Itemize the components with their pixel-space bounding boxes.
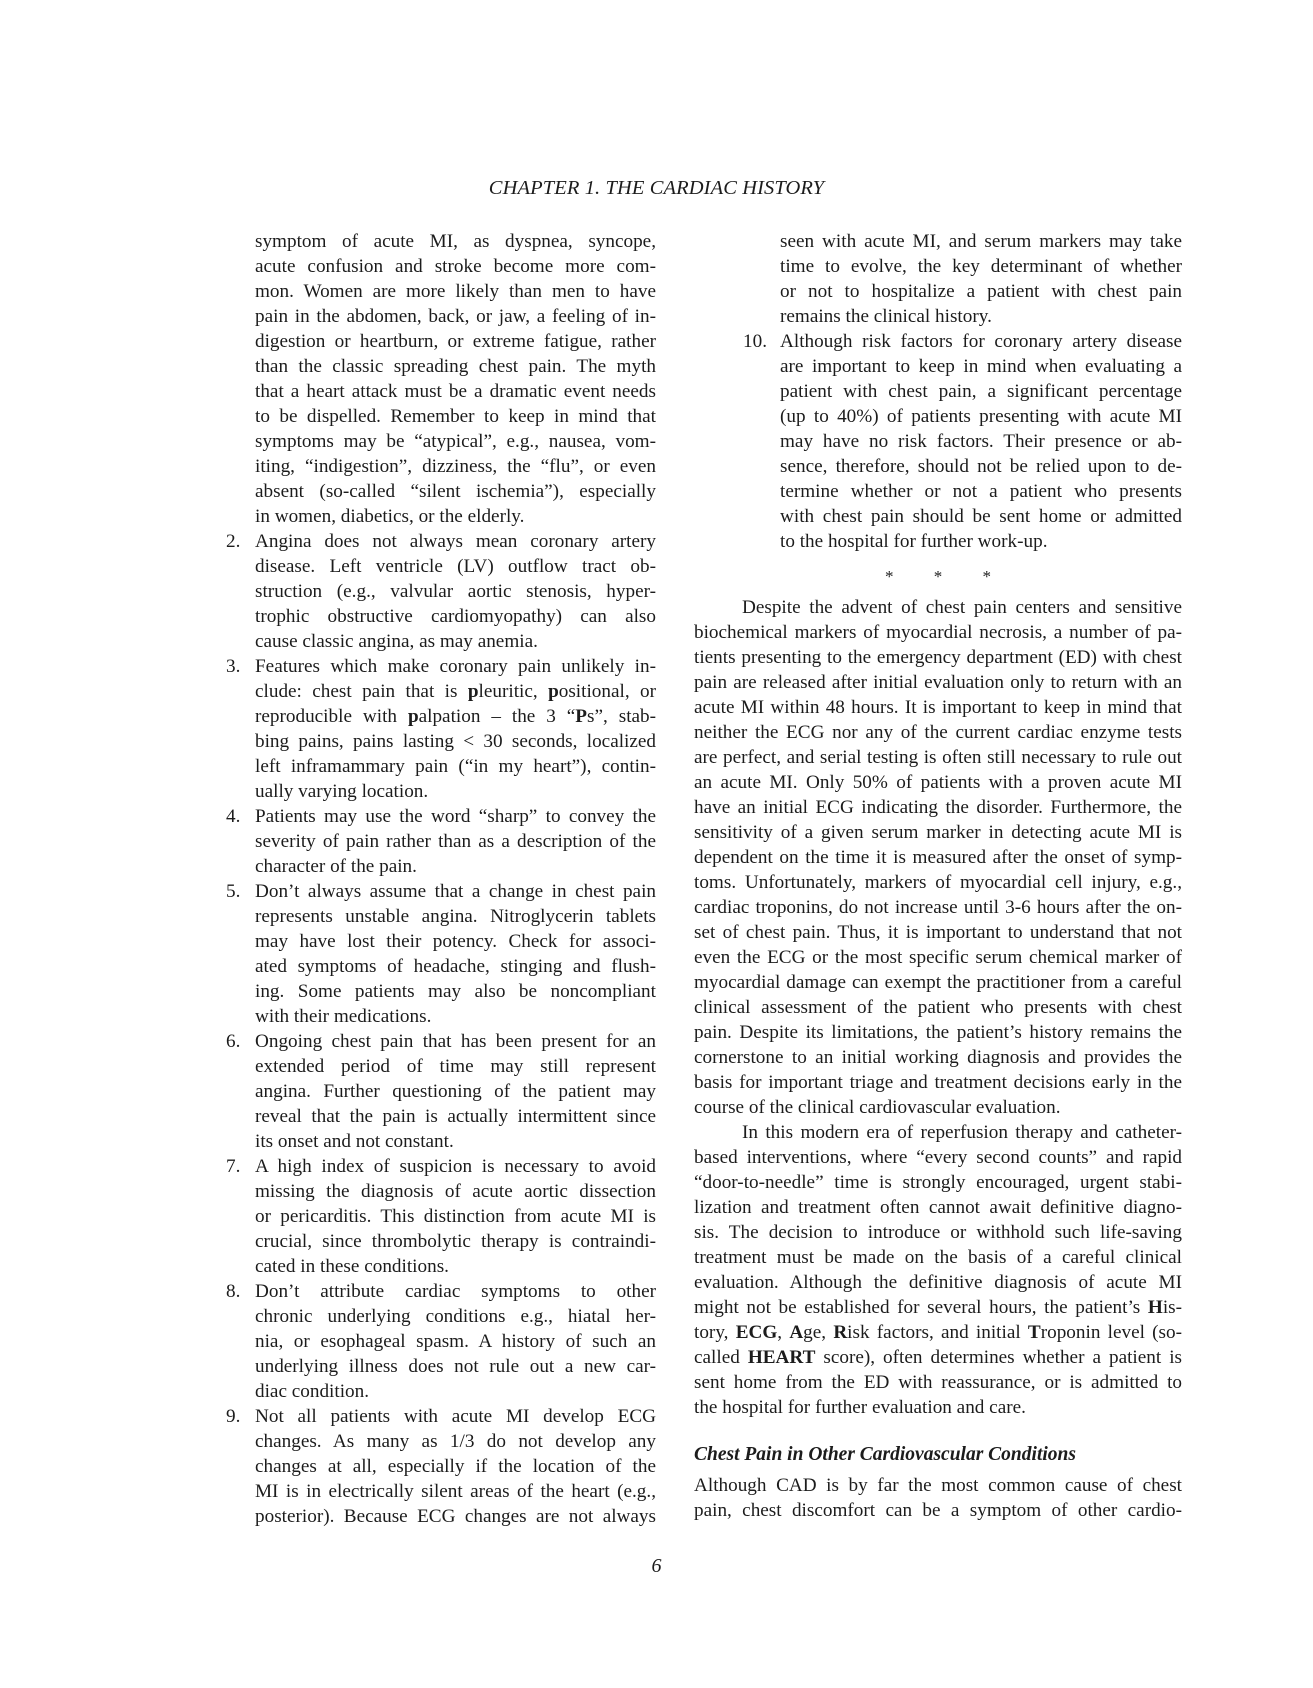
text-line: Not all patients with acute MI develop E… [255,1404,656,1429]
list-item-number: 4. [226,804,240,829]
text-line: angina. Further questioning of the patie… [255,1079,656,1104]
text-line: acute MI within 48 hours. It is importan… [694,695,1182,720]
list-item-number: 9. [226,1404,240,1429]
text-line: Despite the advent of chest pain centers… [694,595,1182,620]
section-separator: * * * [694,564,1182,589]
text-line: that a heart attack must be a dramatic e… [255,379,656,404]
text-line: treatment must be made on the basis of a… [694,1245,1182,1270]
list-item-number: 8. [226,1279,240,1304]
text-line: pain. Despite its limitations, the patie… [694,1020,1182,1045]
list-item: 3.Features which make coronary pain unli… [255,654,656,804]
list-item: 7.A high index of suspicion is necessary… [255,1154,656,1279]
running-head: CHAPTER 1. THE CARDIAC HISTORY [0,177,1313,200]
text-line: lization and treatment often cannot awai… [694,1195,1182,1220]
text-line: Features which make coronary pain unlike… [255,654,656,679]
text-line: are perfect, and serial testing is often… [694,745,1182,770]
text-line: acute confusion and stroke become more c… [255,254,656,279]
text-line: course of the clinical cardiovascular ev… [694,1095,1182,1120]
paragraph: Despite the advent of chest pain centers… [694,595,1182,1120]
text-line: character of the pain. [255,854,656,879]
text-line: patient with chest pain, a significant p… [780,379,1182,404]
text-line: “door-to-needle” time is strongly encour… [694,1170,1182,1195]
text-line: cardiac troponins, do not increase until… [694,895,1182,920]
text-line: trophic obstructive cardiomyopathy) can … [255,604,656,629]
text-line: underlying illness does not rule out a n… [255,1354,656,1379]
left-column: symptom of acute MI, as dyspnea, syncope… [255,229,656,1529]
list-item-number: 6. [226,1029,240,1054]
right-column: seen with acute MI, and serum markers ma… [694,229,1182,1523]
text-line: struction (e.g., valvular aortic stenosi… [255,579,656,604]
text-line: to be dispelled. Remember to keep in min… [255,404,656,429]
text-line: A high index of suspicion is necessary t… [255,1154,656,1179]
text-line: MI is in electrically silent areas of th… [255,1479,656,1504]
text-line: In this modern era of reperfusion therap… [694,1120,1182,1145]
text-line: its onset and not constant. [255,1129,656,1154]
section-heading: Chest Pain in Other Cardiovascular Condi… [694,1442,1182,1467]
text-line: ated symptoms of headache, stinging and … [255,954,656,979]
text-line: ually varying location. [255,779,656,804]
text-line: termine whether or not a patient who pre… [780,479,1182,504]
text-line: pain in the abdomen, back, or jaw, a fee… [255,304,656,329]
text-line: sent home from the ED with reassurance, … [694,1370,1182,1395]
text-line: symptom of acute MI, as dyspnea, syncope… [255,229,656,254]
text-line: ing. Some patients may also be noncompli… [255,979,656,1004]
text-line: cornerstone to an initial working diagno… [694,1045,1182,1070]
list-item: 9.Not all patients with acute MI develop… [255,1404,656,1529]
text-line: remains the clinical history. [780,304,1182,329]
text-line: an acute MI. Only 50% of patients with a… [694,770,1182,795]
text-line: crucial, since thrombolytic therapy is c… [255,1229,656,1254]
text-line: tory, ECG, Age, Risk factors, and initia… [694,1320,1182,1345]
text-line: may have no risk factors. Their presence… [780,429,1182,454]
text-line: may have lost their potency. Check for a… [255,929,656,954]
text-line: tients presenting to the emergency depar… [694,645,1182,670]
text-line: toms. Unfortunately, markers of myocardi… [694,870,1182,895]
text-line: cause classic angina, as may anemia. [255,629,656,654]
text-line: clude: chest pain that is pleuritic, pos… [255,679,656,704]
numbered-list-continued: 10.Although risk factors for coronary ar… [694,329,1182,554]
text-line: digestion or heartburn, or extreme fatig… [255,329,656,354]
body-paragraphs: Despite the advent of chest pain centers… [694,595,1182,1420]
text-line: evaluation. Although the definitive diag… [694,1270,1182,1295]
list-item-number: 3. [226,654,240,679]
text-line: Don’t always assume that a change in che… [255,879,656,904]
list-item: 5.Don’t always assume that a change in c… [255,879,656,1029]
text-line: Although CAD is by far the most common c… [694,1473,1182,1498]
text-line: Angina does not always mean coronary art… [255,529,656,554]
continued-item-9: seen with acute MI, and serum markers ma… [780,229,1182,329]
text-line: symptoms may be “atypical”, e.g., nausea… [255,429,656,454]
text-line: diac condition. [255,1379,656,1404]
text-line: sensitivity of a given serum marker in d… [694,820,1182,845]
text-line: clinical assessment of the patient who p… [694,995,1182,1020]
text-line: set of chest pain. Thus, it is important… [694,920,1182,945]
text-line: pain, chest discomfort can be a symptom … [694,1498,1182,1523]
list-item-number: 10. [743,329,767,354]
text-line: pain are released after initial evaluati… [694,670,1182,695]
text-line: or pericarditis. This distinction from a… [255,1204,656,1229]
text-line: with their medications. [255,1004,656,1029]
text-line: myocardial damage can exempt the practit… [694,970,1182,995]
text-line: nia, or esophageal spasm. A history of s… [255,1329,656,1354]
list-item-number: 5. [226,879,240,904]
numbered-list: 2.Angina does not always mean coronary a… [255,529,656,1529]
text-line: seen with acute MI, and serum markers ma… [780,229,1182,254]
list-item-number: 7. [226,1154,240,1179]
text-line: based interventions, where “every second… [694,1145,1182,1170]
text-line: are important to keep in mind when evalu… [780,354,1182,379]
text-line: time to evolve, the key determinant of w… [780,254,1182,279]
text-line: mon. Women are more likely than men to h… [255,279,656,304]
list-item: 6.Ongoing chest pain that has been prese… [255,1029,656,1154]
text-line: or not to hospitalize a patient with che… [780,279,1182,304]
list-item-number: 2. [226,529,240,554]
text-line: extended period of time may still repres… [255,1054,656,1079]
text-line: bing pains, pains lasting < 30 seconds, … [255,729,656,754]
text-line: Although risk factors for coronary arter… [780,329,1182,354]
text-line: basis for important triage and treatment… [694,1070,1182,1095]
text-line: missing the diagnosis of acute aortic di… [255,1179,656,1204]
text-line: left inframammary pain (“in my heart”), … [255,754,656,779]
paragraph: In this modern era of reperfusion therap… [694,1120,1182,1420]
text-line: biochemical markers of myocardial necros… [694,620,1182,645]
list-item: 10.Although risk factors for coronary ar… [780,329,1182,554]
section-paragraph: Although CAD is by far the most common c… [694,1473,1182,1523]
text-line: reproducible with palpation – the 3 “Ps”… [255,704,656,729]
text-line: than the classic spreading chest pain. T… [255,354,656,379]
list-item: 2.Angina does not always mean coronary a… [255,529,656,654]
text-line: changes. As many as 1/3 do not develop a… [255,1429,656,1454]
text-line: sence, therefore, should not be relied u… [780,454,1182,479]
text-line: neither the ECG nor any of the current c… [694,720,1182,745]
text-line: Don’t attribute cardiac symptoms to othe… [255,1279,656,1304]
text-line: with chest pain should be sent home or a… [780,504,1182,529]
text-line: chronic underlying conditions e.g., hiat… [255,1304,656,1329]
list-item: 4.Patients may use the word “sharp” to c… [255,804,656,879]
text-line: to the hospital for further work-up. [780,529,1182,554]
text-line: represents unstable angina. Nitroglyceri… [255,904,656,929]
text-line: even the ECG or the most specific serum … [694,945,1182,970]
text-line: reveal that the pain is actually intermi… [255,1104,656,1129]
text-line: disease. Left ventricle (LV) outflow tra… [255,554,656,579]
text-line: absent (so-called “silent ischemia”), es… [255,479,656,504]
text-line: in women, diabetics, or the elderly. [255,504,656,529]
text-line: severity of pain rather than as a descri… [255,829,656,854]
text-line: called HEART score), often determines wh… [694,1345,1182,1370]
text-line: the hospital for further evaluation and … [694,1395,1182,1420]
text-line: changes at all, especially if the locati… [255,1454,656,1479]
text-line: iting, “indigestion”, dizziness, the “fl… [255,454,656,479]
text-line: might not be established for several hou… [694,1295,1182,1320]
continued-item-1: symptom of acute MI, as dyspnea, syncope… [255,229,656,529]
list-item: 8.Don’t attribute cardiac symptoms to ot… [255,1279,656,1404]
text-line: (up to 40%) of patients presenting with … [780,404,1182,429]
text-line: have an initial ECG indicating the disor… [694,795,1182,820]
page-number: 6 [0,1555,1313,1578]
text-line: cated in these conditions. [255,1254,656,1279]
text-line: sis. The decision to introduce or withho… [694,1220,1182,1245]
text-line: posterior). Because ECG changes are not … [255,1504,656,1529]
text-line: Patients may use the word “sharp” to con… [255,804,656,829]
text-line: Ongoing chest pain that has been present… [255,1029,656,1054]
text-line: dependent on the time it is measured aft… [694,845,1182,870]
